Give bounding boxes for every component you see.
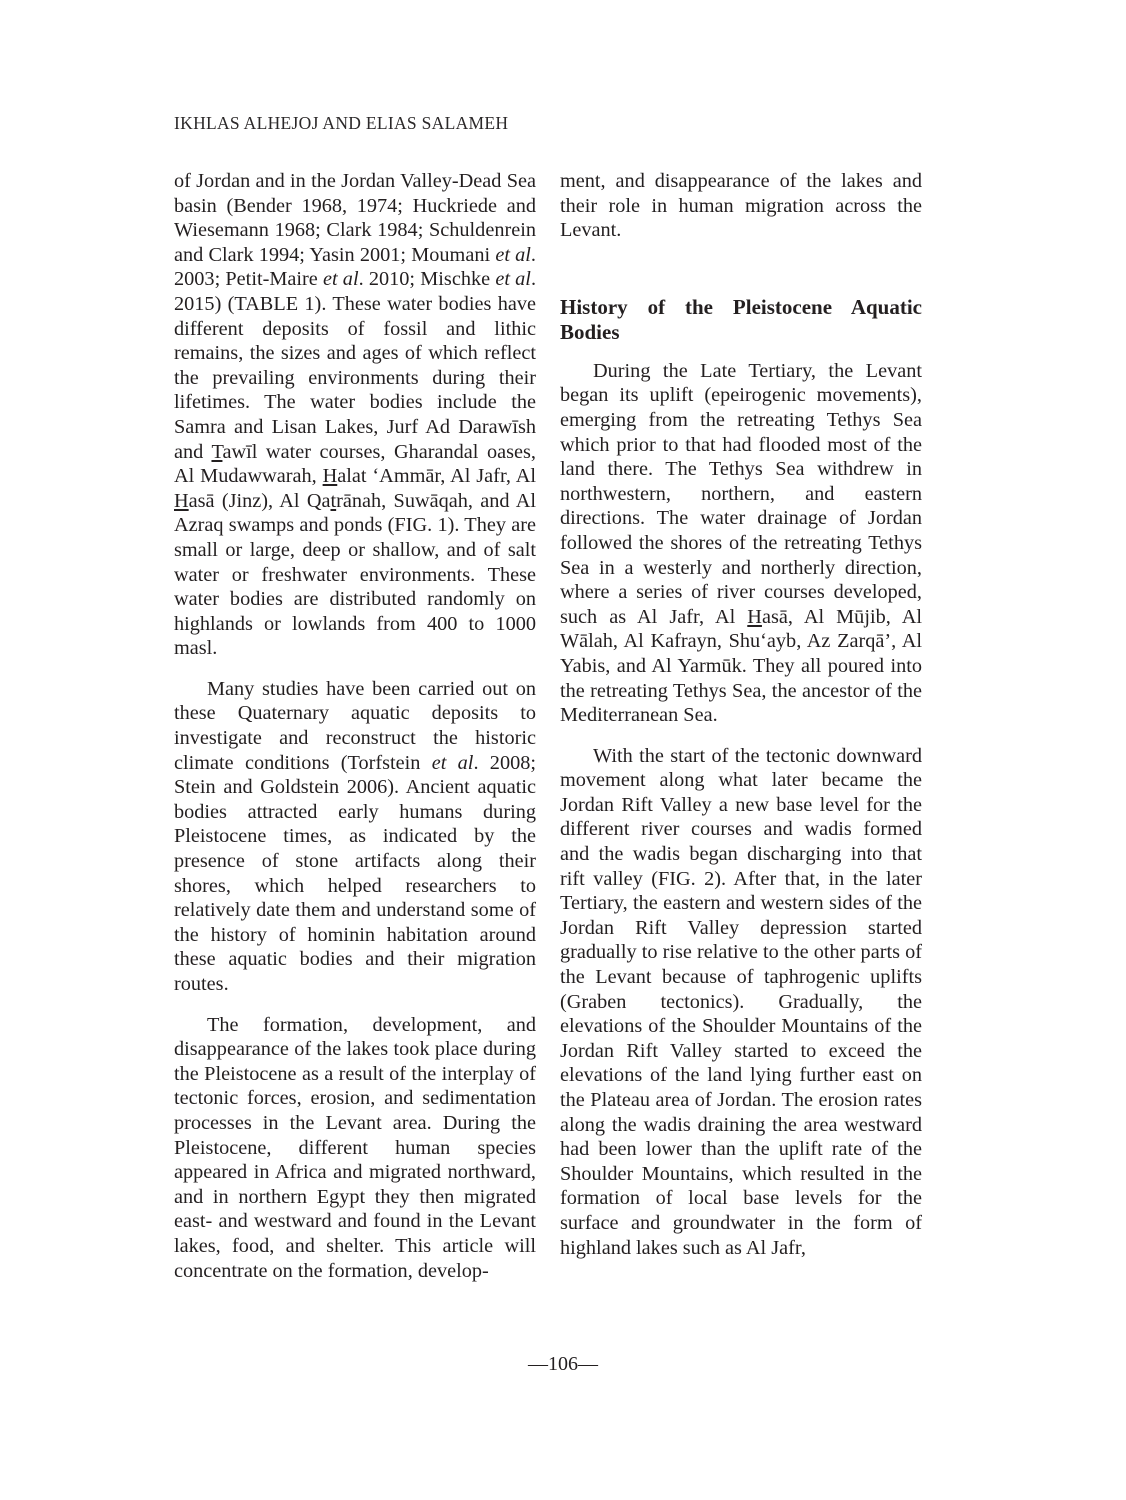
text-run: alat ‘Ammār, Al Jafr, Al [337,465,536,487]
italic-text: et al [495,268,531,290]
body-paragraph: During the Late Tertiary, the Levant beg… [560,359,922,728]
italic-text: et al [495,244,531,266]
section-heading: History of the Pleistocene Aquatic Bodie… [560,295,922,345]
underlined-letter: H [174,490,189,512]
left-column: of Jordan and in the Jordan Valley-Dead … [174,169,536,1283]
underlined-letter: T [211,441,222,463]
body-paragraph: The formation, development, and disappea… [174,1013,536,1284]
text-run: . 2015) (TABLE 1). These water bodies ha… [174,268,536,462]
body-paragraph: With the start of the tectonic downward … [560,744,922,1260]
text-run: . 2010; Mischke [359,268,496,290]
running-head-authors: IKHLAS ALHEJOJ AND ELIAS SALAMEH [174,113,508,134]
lead-paragraph: ment, and disappearance of the lakes and… [560,169,922,243]
italic-text: et al [432,752,474,774]
right-column-body: During the Late Tertiary, the Levant beg… [560,359,922,1260]
text-run: rānah, Suwāqah, and Al Azraq swamps and … [174,490,536,660]
right-column: ment, and disappearance of the lakes and… [560,169,922,1260]
body-paragraph: of Jordan and in the Jordan Valley-Dead … [174,169,536,661]
text-run: of Jordan and in the Jordan Valley-Dead … [174,170,536,266]
body-paragraph: Many studies have been carried out on th… [174,677,536,997]
page-number: —106— [0,1353,1126,1376]
underlined-letter: H [747,606,762,628]
text-run: During the Late Tertiary, the Levant beg… [560,360,922,628]
italic-text: et al [323,268,359,290]
text-run: The formation, development, and disappea… [174,1014,536,1282]
text-run: . 2008; Stein and Goldstein 2006). Ancie… [174,752,536,995]
underlined-letter: H [323,465,338,487]
text-run: With the start of the tectonic downward … [560,745,922,1259]
text-run: asā (Jinz), Al Qa [189,490,331,512]
